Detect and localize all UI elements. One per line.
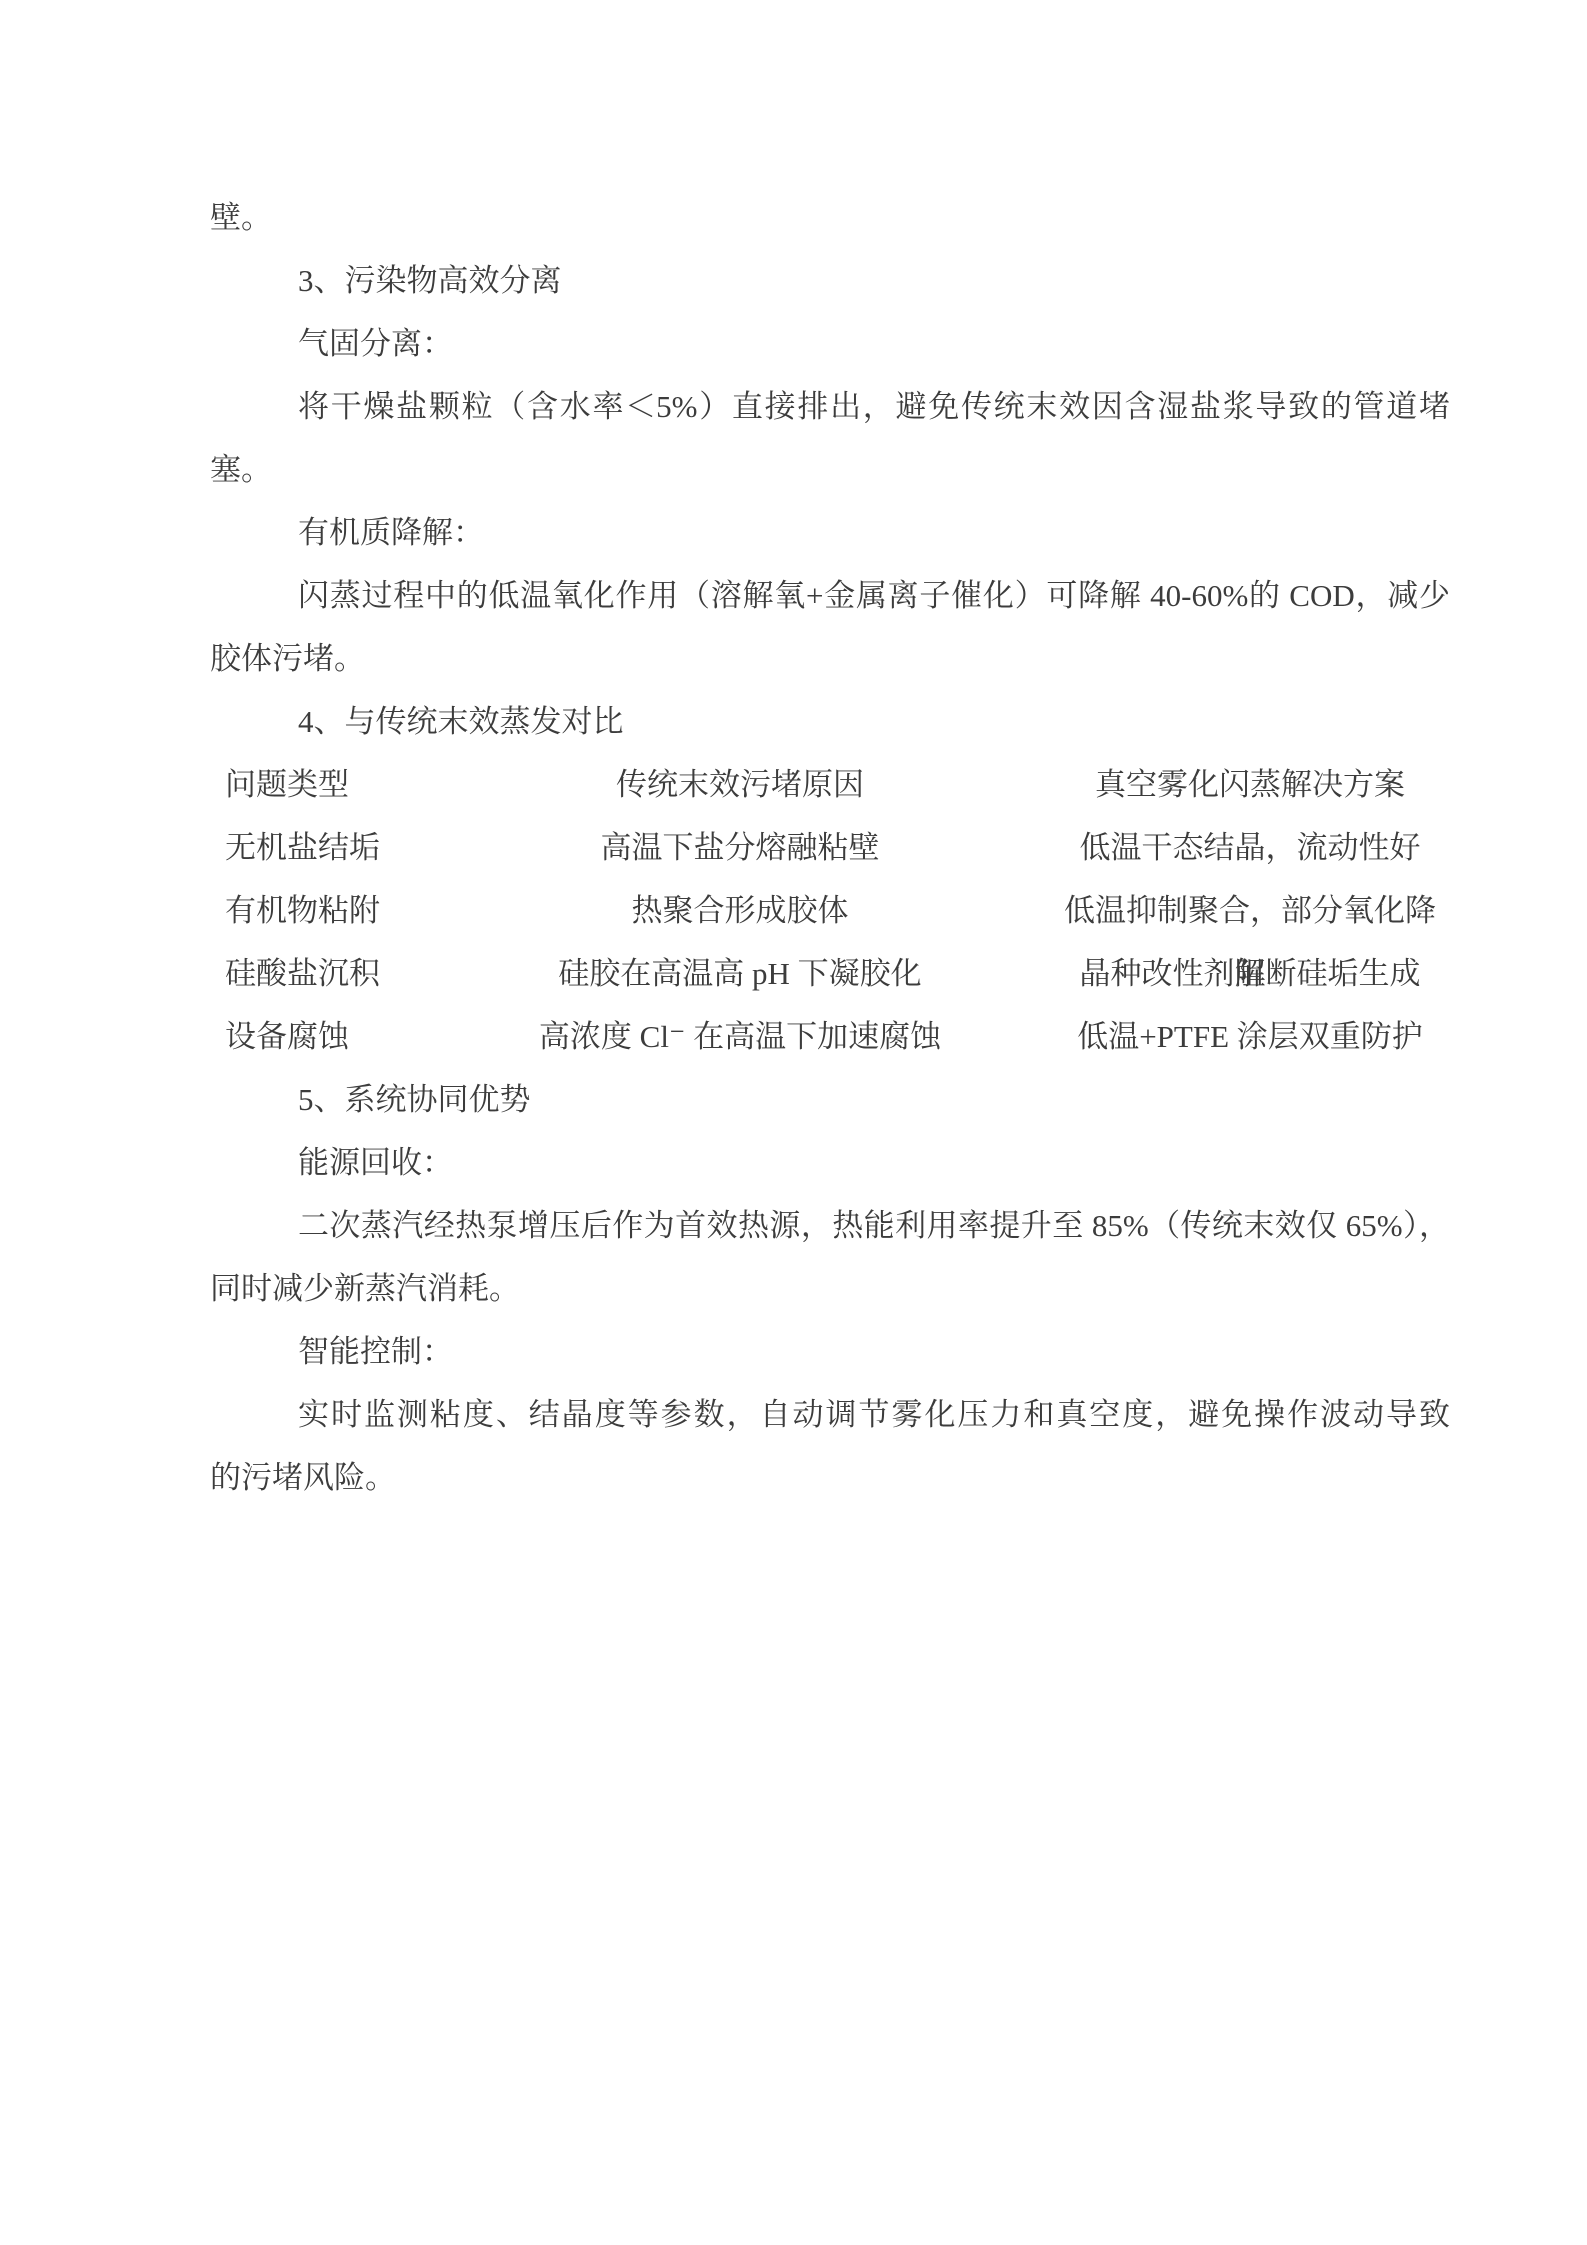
section-3-heading: 3、污染物高效分离 [210,249,1450,312]
table-row: 无机盐结垢 高温下盐分熔融粘壁 低温干态结晶，流动性好 [210,816,1450,879]
section-4-heading: 4、与传统末效蒸发对比 [210,690,1450,753]
table-cell-issue: 设备腐蚀 [210,1005,430,1068]
paragraph-line: 将干燥盐颗粒（含水率＜5%）直接排出，避免传统末效因含湿盐浆导致的管道堵 [210,375,1450,438]
table-cell-issue: 有机物粘附 [210,879,430,942]
table-cell-solution: 低温干态结晶，流动性好 [1050,816,1450,879]
column-header-flash-solution: 真空雾化闪蒸解决方案 [1050,753,1450,816]
paragraph-line: 塞。 [210,438,1450,501]
table-cell-solution: 晶种改性剂阻断硅垢生成 [1050,942,1450,1005]
column-header-issue-type: 问题类型 [210,753,430,816]
table-cell-cause: 硅胶在高温高 pH 下凝胶化 [430,942,1050,1005]
gas-solid-separation-label: 气固分离： [210,312,1450,375]
table-cell-solution: 低温抑制聚合，部分氧化降解 [1050,879,1450,942]
table-row: 有机物粘附 热聚合形成胶体 低温抑制聚合，部分氧化降解 [210,879,1450,942]
table-cell-solution: 低温+PTFE 涂层双重防护 [1050,1005,1450,1068]
paragraph-line: 同时减少新蒸汽消耗。 [210,1257,1450,1320]
energy-recovery-label: 能源回收： [210,1131,1450,1194]
column-header-traditional-cause: 传统末效污堵原因 [430,753,1050,816]
section-5-heading: 5、系统协同优势 [210,1068,1450,1131]
paragraph-line: 二次蒸汽经热泵增压后作为首效热源，热能利用率提升至 85%（传统末效仅 65%）… [210,1194,1450,1257]
paragraph-line: 实时监测粘度、结晶度等参数，自动调节雾化压力和真空度，避免操作波动导致 [210,1383,1450,1446]
paragraph-line: 胶体污堵。 [210,627,1450,690]
table-cell-issue: 硅酸盐沉积 [210,942,430,1005]
table-cell-cause: 热聚合形成胶体 [430,879,1050,942]
paragraph-line: 的污堵风险。 [210,1446,1450,1509]
table-cell-cause: 高温下盐分熔融粘壁 [430,816,1050,879]
smart-control-label: 智能控制： [210,1320,1450,1383]
document-page: 壁。 3、污染物高效分离 气固分离： 将干燥盐颗粒（含水率＜5%）直接排出，避免… [0,0,1587,2245]
paragraph-line: 闪蒸过程中的低温氧化作用（溶解氧+金属离子催化）可降解 40-60%的 COD，… [210,564,1450,627]
table-cell-issue: 无机盐结垢 [210,816,430,879]
organic-degradation-label: 有机质降解： [210,501,1450,564]
comparison-table: 问题类型 传统末效污堵原因 真空雾化闪蒸解决方案 无机盐结垢 高温下盐分熔融粘壁… [210,753,1450,1068]
table-header-row: 问题类型 传统末效污堵原因 真空雾化闪蒸解决方案 [210,753,1450,816]
table-row: 硅酸盐沉积 硅胶在高温高 pH 下凝胶化 晶种改性剂阻断硅垢生成 [210,942,1450,1005]
table-cell-cause: 高浓度 Cl⁻ 在高温下加速腐蚀 [430,1005,1050,1068]
carryover-text: 壁。 [210,186,1450,249]
table-row: 设备腐蚀 高浓度 Cl⁻ 在高温下加速腐蚀 低温+PTFE 涂层双重防护 [210,1005,1450,1068]
document-body: 壁。 3、污染物高效分离 气固分离： 将干燥盐颗粒（含水率＜5%）直接排出，避免… [210,186,1450,1509]
